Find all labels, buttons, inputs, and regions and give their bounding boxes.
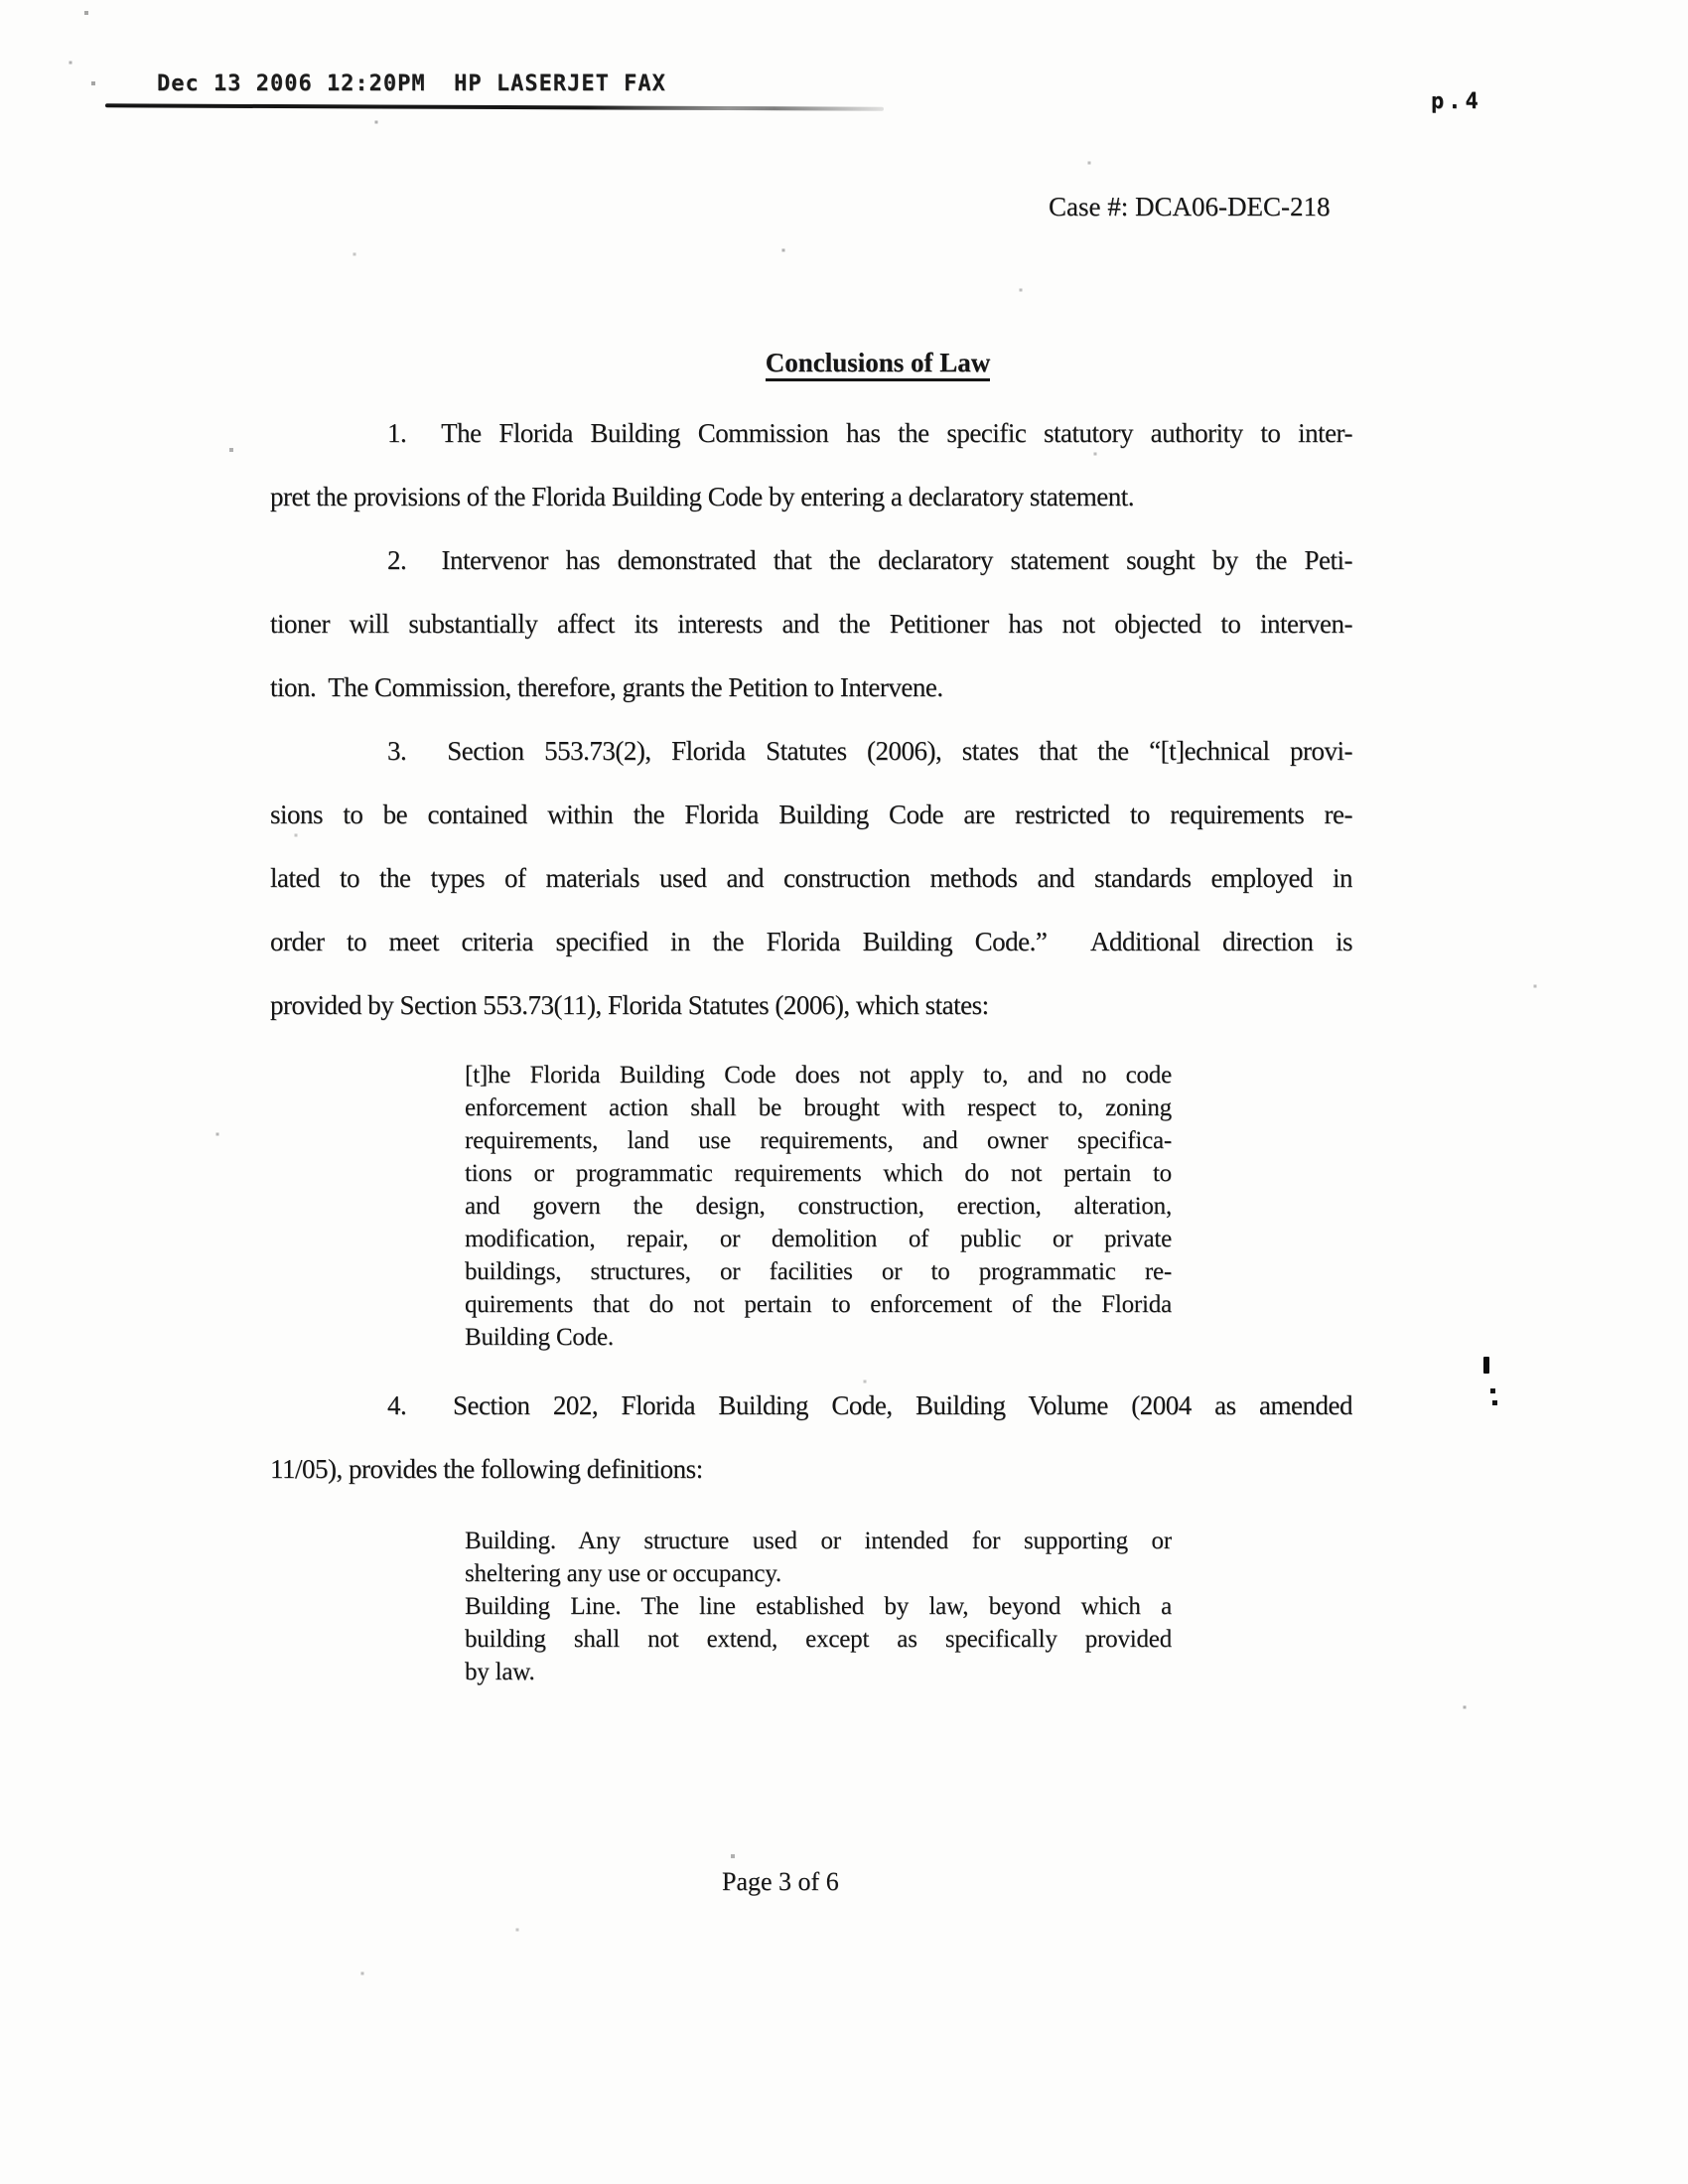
scan-artifact-colon <box>1490 1388 1495 1393</box>
paragraph: 3. Section 553.73(2), Florida Statutes (… <box>270 719 1352 1037</box>
text-line: 1. The Florida Building Commission has t… <box>270 401 1352 465</box>
paragraph: 2. Intervenor has demonstrated that the … <box>270 528 1352 719</box>
text-line: 3. Section 553.73(2), Florida Statutes (… <box>270 719 1352 783</box>
text-line: [t]he Florida Building Code does not app… <box>465 1059 1172 1092</box>
text-line: enforcement action shall be brought with… <box>465 1092 1172 1124</box>
text-line: sions to be contained within the Florida… <box>270 783 1352 846</box>
text-line: tions or programmatic requirements which… <box>465 1157 1172 1190</box>
text-line: tion. The Commission, therefore, grants … <box>270 655 1352 719</box>
text-line: Building Code. <box>465 1321 1172 1354</box>
text-line: lated to the types of materials used and… <box>270 846 1352 910</box>
fax-header-divider <box>105 103 884 110</box>
text-line: by law. <box>465 1656 1172 1688</box>
fax-document-page: Dec 13 2006 12:20PM HP LASERJET FAX p.4 … <box>0 0 1688 2184</box>
text-line: provided by Section 553.73(11), Florida … <box>270 973 1352 1037</box>
text-line: quirements that do not pertain to enforc… <box>465 1288 1172 1321</box>
case-number: Case #: DCA06-DEC-218 <box>1049 192 1330 222</box>
document-title-text: Conclusions of Law <box>766 348 991 381</box>
scan-noise-specks <box>0 0 2 2</box>
text-line: Building. Any structure used or intended… <box>465 1525 1172 1557</box>
text-line: tioner will substantially affect its int… <box>270 592 1352 655</box>
paragraph: 4. Section 202, Florida Building Code, B… <box>270 1374 1352 1501</box>
text-line: modification, repair, or demolition of p… <box>465 1223 1172 1255</box>
paragraph: 1. The Florida Building Commission has t… <box>270 401 1352 528</box>
text-line: pret the provisions of the Florida Build… <box>270 465 1352 528</box>
text-line: requirements, land use requirements, and… <box>465 1124 1172 1157</box>
fax-header-timestamp: Dec 13 2006 12:20PM HP LASERJET FAX <box>157 72 666 96</box>
text-line: and govern the design, construction, ere… <box>465 1190 1172 1223</box>
text-line: order to meet criteria specified in the … <box>270 910 1352 973</box>
text-line: 11/05), provides the following definitio… <box>270 1437 1352 1501</box>
text-line: sheltering any use or occupancy. <box>465 1557 1172 1590</box>
text-line: buildings, structures, or facilities or … <box>465 1255 1172 1288</box>
page-footer: Page 3 of 6 <box>722 1867 839 1897</box>
document-title: Conclusions of Law <box>654 348 1101 378</box>
text-line: building shall not extend, except as spe… <box>465 1623 1172 1656</box>
scan-artifact-tick <box>1483 1357 1489 1374</box>
document-body: 1. The Florida Building Commission has t… <box>270 401 1352 1688</box>
text-line: Building Line. The line established by l… <box>465 1590 1172 1623</box>
text-line: 4. Section 202, Florida Building Code, B… <box>270 1374 1352 1437</box>
block-quote: Building. Any structure used or intended… <box>465 1525 1172 1688</box>
text-line: 2. Intervenor has demonstrated that the … <box>270 528 1352 592</box>
fax-page-number: p.4 <box>1431 89 1482 114</box>
block-quote: [t]he Florida Building Code does not app… <box>465 1059 1172 1354</box>
